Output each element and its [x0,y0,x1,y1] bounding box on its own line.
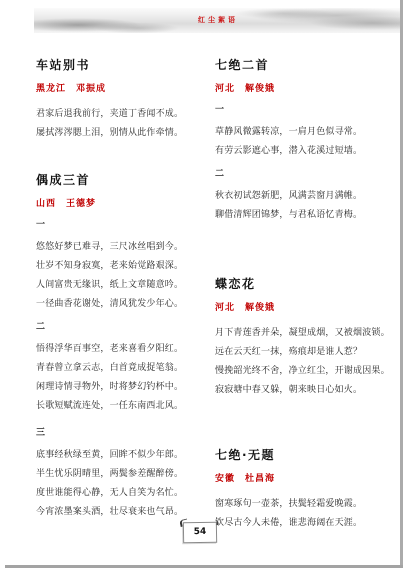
stanza: 君家后退我前行，夹道丁香闻不成。 屡拭涔涔腮上泪，别情从此作牵情。 [36,105,196,143]
stanza: 悠悠好梦已难寻，三尺冰丝唱到今。 壮岁不知身寂寞，老来始觉路艰深。 人间富贵无缘… [36,238,196,314]
verse-line: 青春曾立拿云志，白首竟成捉笔翁。 [36,359,196,378]
verse-line: 人间富贵无缘识，纸上文章随意吟。 [36,276,196,295]
stanza-marker: 二 [215,169,399,179]
verse-line: 半生忧乐阴晴里，两鬓参差醒醉傍。 [36,465,196,484]
stanza: 悟得浮华百事空，老来喜看夕阳红。 青春曾立拿云志，白首竟成捉笔翁。 闲理诗情寻物… [36,340,196,416]
poem-occasional-three: 偶成三首 山西 王德梦 一 悠悠好梦已难寻，三尺冰丝唱到今。 壮岁不知身寂寞，老… [36,173,196,522]
verse-line: 底事经秋绿至黄，回眸不似少年郎。 [36,446,196,465]
poem-author: 黑龙江 邓振成 [36,84,196,95]
stanza: 草静风微露转凉，一肩月色似寻常。 有劳云影遮心事，潜入花溪过短墙。 [215,123,399,161]
header-banner-image: 红尘絮语 [34,8,402,33]
verse-line: 寂寂塘中春又躲，朝来映日心如火。 [215,381,399,400]
stanza: 秋衣初试怨新肥，风满芸窗月满帷。 聊借清辉团锦梦，与君私语忆青梅。 [215,187,399,225]
poem-author: 河北 解俊娥 [215,84,399,95]
verse-line: 壮岁不知身寂寞，老来始觉路艰深。 [36,257,196,276]
stanza-marker: 一 [36,220,196,230]
left-column: 车站别书 黑龙江 邓振成 君家后退我前行，夹道丁香闻不成。 屡拭涔涔腮上泪，别情… [36,58,196,522]
poem-die-lian-hua: 蝶恋花 河北 解俊娥 月下青莲香并朵，凝望成烟，又被烟波锁。 远在云天红一抹，殇… [215,277,399,400]
verse-line: 窗寒琢句一壶茶，扶鬓轻霜爱晚霞。 [215,495,399,514]
verse-line: 今宵浓墨案头酒，壮尽衰来也气昂。 [36,503,196,522]
verse-line: 屡拭涔涔腮上泪，别情从此作牵情。 [36,124,196,143]
stanza-marker: 一 [215,105,399,115]
verse-line: 一径曲香花谢处，清风犹发少年心。 [36,295,196,314]
poem-title: 蝶恋花 [215,277,399,291]
stanza-marker: 二 [36,322,196,332]
verse-line: 慢挽韶光终不舍，净立红尘，开谢成因果。 [215,362,399,381]
page-edge-right [400,0,403,567]
verse-line: 悠悠好梦已难寻，三尺冰丝唱到今。 [36,238,196,257]
poem-title: 七绝二首 [215,58,399,72]
verse-line: 聊借清辉团锦梦，与君私语忆青梅。 [215,206,399,225]
poem-author: 山西 王德梦 [36,199,196,210]
stanza-marker: 三 [36,428,196,438]
poem-two-quatrains: 七绝二首 河北 解俊娥 一 草静风微露转凉，一肩月色似寻常。 有劳云影遮心事，潜… [215,58,399,225]
poem-station-farewell: 车站别书 黑龙江 邓振成 君家后退我前行，夹道丁香闻不成。 屡拭涔涔腮上泪，别情… [36,58,196,143]
verse-line: 君家后退我前行，夹道丁香闻不成。 [36,105,196,124]
stanza: 窗寒琢句一壶茶，扶鬓轻霜爱晚霞。 饮尽古今人未倦，谁悲海阔在天涯。 [215,495,399,533]
verse-line: 月下青莲香并朵，凝望成烟，又被烟波锁。 [215,324,399,343]
poem-author: 安徽 杜昌海 [215,474,399,485]
verse-line: 闲理诗情寻物外，时将梦幻钓杯中。 [36,378,196,397]
book-title: 红尘絮语 [198,17,238,24]
stanza: 底事经秋绿至黄，回眸不似少年郎。 半生忧乐阴晴里，两鬓参差醒醉傍。 度世谁能得心… [36,446,196,522]
poem-title: 七绝·无题 [215,448,399,462]
page-number: 54 [194,528,207,537]
verse-line: 草静风微露转凉，一肩月色似寻常。 [215,123,399,142]
page-edge-bottom [5,565,403,568]
right-column: 七绝二首 河北 解俊娥 一 草静风微露转凉，一肩月色似寻常。 有劳云影遮心事，潜… [215,58,399,533]
poem-untitled-quatrain: 七绝·无题 安徽 杜昌海 窗寒琢句一壶茶，扶鬓轻霜爱晚霞。 饮尽古今人未倦，谁悲… [215,448,399,533]
page-number-ornament: 54 [183,522,217,544]
verse-line: 度世谁能得心静，无人自笑为名忙。 [36,484,196,503]
verse-line: 悟得浮华百事空，老来喜看夕阳红。 [36,340,196,359]
poem-title: 车站别书 [36,58,196,72]
verse-line: 远在云天红一抹，殇痕却是谁人惹？ [215,343,399,362]
book-page: 红尘絮语 车站别书 黑龙江 邓振成 君家后退我前行，夹道丁香闻不成。 屡拭涔涔腮… [0,0,413,572]
verse-line: 秋衣初试怨新肥，风满芸窗月满帷。 [215,187,399,206]
verse-line: 饮尽古今人未倦，谁悲海阔在天涯。 [215,514,399,533]
verse-line: 有劳云影遮心事，潜入花溪过短墙。 [215,142,399,161]
poem-author: 河北 解俊娥 [215,303,399,314]
poem-title: 偶成三首 [36,173,196,187]
stanza: 月下青莲香并朵，凝望成烟，又被烟波锁。 远在云天红一抹，殇痕却是谁人惹？ 慢挽韶… [215,324,399,400]
verse-line: 长歌短赋流连处，一任东南西北风。 [36,397,196,416]
